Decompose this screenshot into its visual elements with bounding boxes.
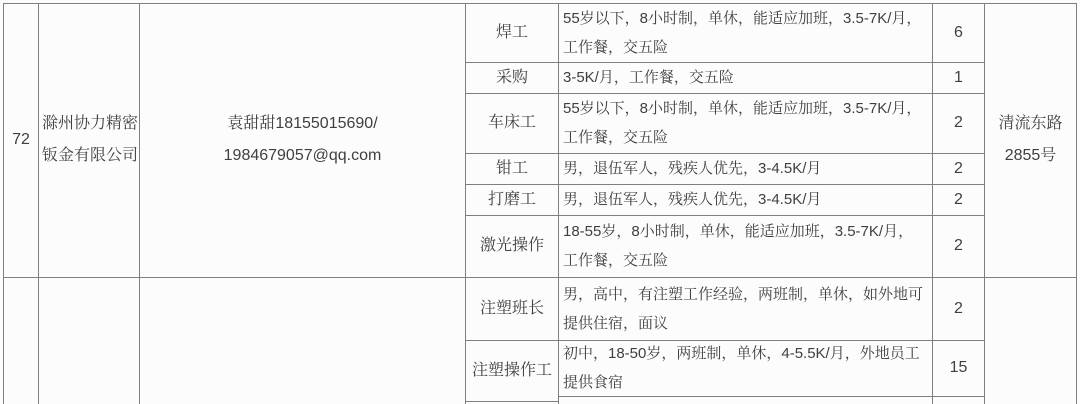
requirements-text: 55岁以下，8小时制，单休，能适应加班，3.5-7K/月， 工作餐，交五险 [563,4,921,62]
address-cell: 清流东路 2855号 [985,3,1076,277]
headcount-value: 15 [950,359,968,377]
company-name: 滁州协力精密 钣金有限公司 [42,108,138,172]
position-name: 钳工 [496,158,528,180]
requirements-text: 55岁以下，8小时制，单休，能适应加班，3.5-7K/月， 工作餐，交五险 [563,94,921,152]
requirements-cell: 初中，18-50岁，两班制，单休，4-5.5K/月，外地员工 提供食宿 [559,340,932,396]
headcount-cell: 6 [933,3,984,62]
job-listing-table: 72 滁州协力精密 钣金有限公司 袁甜甜18155015690/ 1984679… [0,0,1080,404]
row-index: 72 [12,124,30,156]
company-name-cell: 滁州协力精密 钣金有限公司 [39,3,139,277]
requirements-text: 男，退伍军人，残疾人优先，3-4.5K/月 [563,154,821,183]
position-cell: 焊工 [466,3,558,62]
headcount-cell: 15 [933,340,984,396]
headcount-value: 2 [954,160,963,178]
requirements-text: 18-55岁，8小时制，单休，能适应加班，3.5-7K/月， 工作餐，交五险 [563,217,913,275]
position-cell: 采购 [466,62,558,93]
position-name: 采购 [496,67,528,89]
row-index-cell: 72 [4,3,38,277]
row-index-cell-empty [4,278,38,404]
requirements-cell: 男，高中，有注塑工作经验，两班制，单休，如外地可 提供住宿，面议 [559,277,932,340]
headcount-cell: 2 [933,153,984,184]
requirements-text: 男，高中，有注塑工作经验，两班制，单休，如外地可 提供住宿，面议 [563,280,923,338]
requirements-cell: 男，退伍军人，残疾人优先，3-4.5K/月 [559,153,932,184]
address-cell-empty [985,278,1076,404]
contact-info: 袁甜甜18155015690/ 1984679057@qq.com [224,108,382,172]
company-name-cell-empty [39,278,139,404]
divider-line [1076,3,1077,404]
position-cell: 打磨工 [466,184,558,215]
requirements-cell: 3-5K/月，工作餐，交五险 [559,62,932,93]
headcount-cell: 2 [933,93,984,153]
headcount-value: 6 [954,24,963,42]
headcount-value: 2 [954,191,963,209]
position-name: 打磨工 [488,189,536,211]
divider-line [465,401,559,402]
position-name: 注塑操作工 [472,360,552,382]
position-name: 激光操作 [480,235,544,257]
position-name: 注塑班长 [480,298,544,320]
headcount-value: 2 [954,300,963,318]
position-cell: 注塑操作工 [466,340,558,401]
headcount-value: 1 [954,69,963,87]
position-cell: 激光操作 [466,215,558,277]
headcount-cell: 2 [933,215,984,277]
headcount-value: 2 [954,114,963,132]
position-name: 车床工 [488,112,536,134]
headcount-cell: 2 [933,184,984,215]
position-name: 焊工 [496,22,528,44]
headcount-cell: 2 [933,277,984,340]
position-cell: 注塑班长 [466,277,558,340]
position-cell: 钳工 [466,153,558,184]
company-address: 清流东路 2855号 [998,108,1062,172]
contact-cell: 袁甜甜18155015690/ 1984679057@qq.com [140,3,465,277]
requirements-cell: 55岁以下，8小时制，单休，能适应加班，3.5-7K/月， 工作餐，交五险 [559,3,932,62]
requirements-text: 3-5K/月，工作餐，交五险 [563,63,734,92]
position-cell: 车床工 [466,93,558,153]
requirements-text: 初中，18-50岁，两班制，单休，4-5.5K/月，外地员工 提供食宿 [563,339,920,397]
requirements-cell: 男，退伍军人，残疾人优先，3-4.5K/月 [559,184,932,215]
requirements-cell: 18-55岁，8小时制，单休，能适应加班，3.5-7K/月， 工作餐，交五险 [559,215,932,277]
headcount-value: 2 [954,237,963,255]
contact-cell-empty [140,278,465,404]
headcount-cell: 1 [933,62,984,93]
requirements-text: 男，退伍军人，残疾人优先，3-4.5K/月 [563,185,821,214]
requirements-cell: 55岁以下，8小时制，单休，能适应加班，3.5-7K/月， 工作餐，交五险 [559,93,932,153]
